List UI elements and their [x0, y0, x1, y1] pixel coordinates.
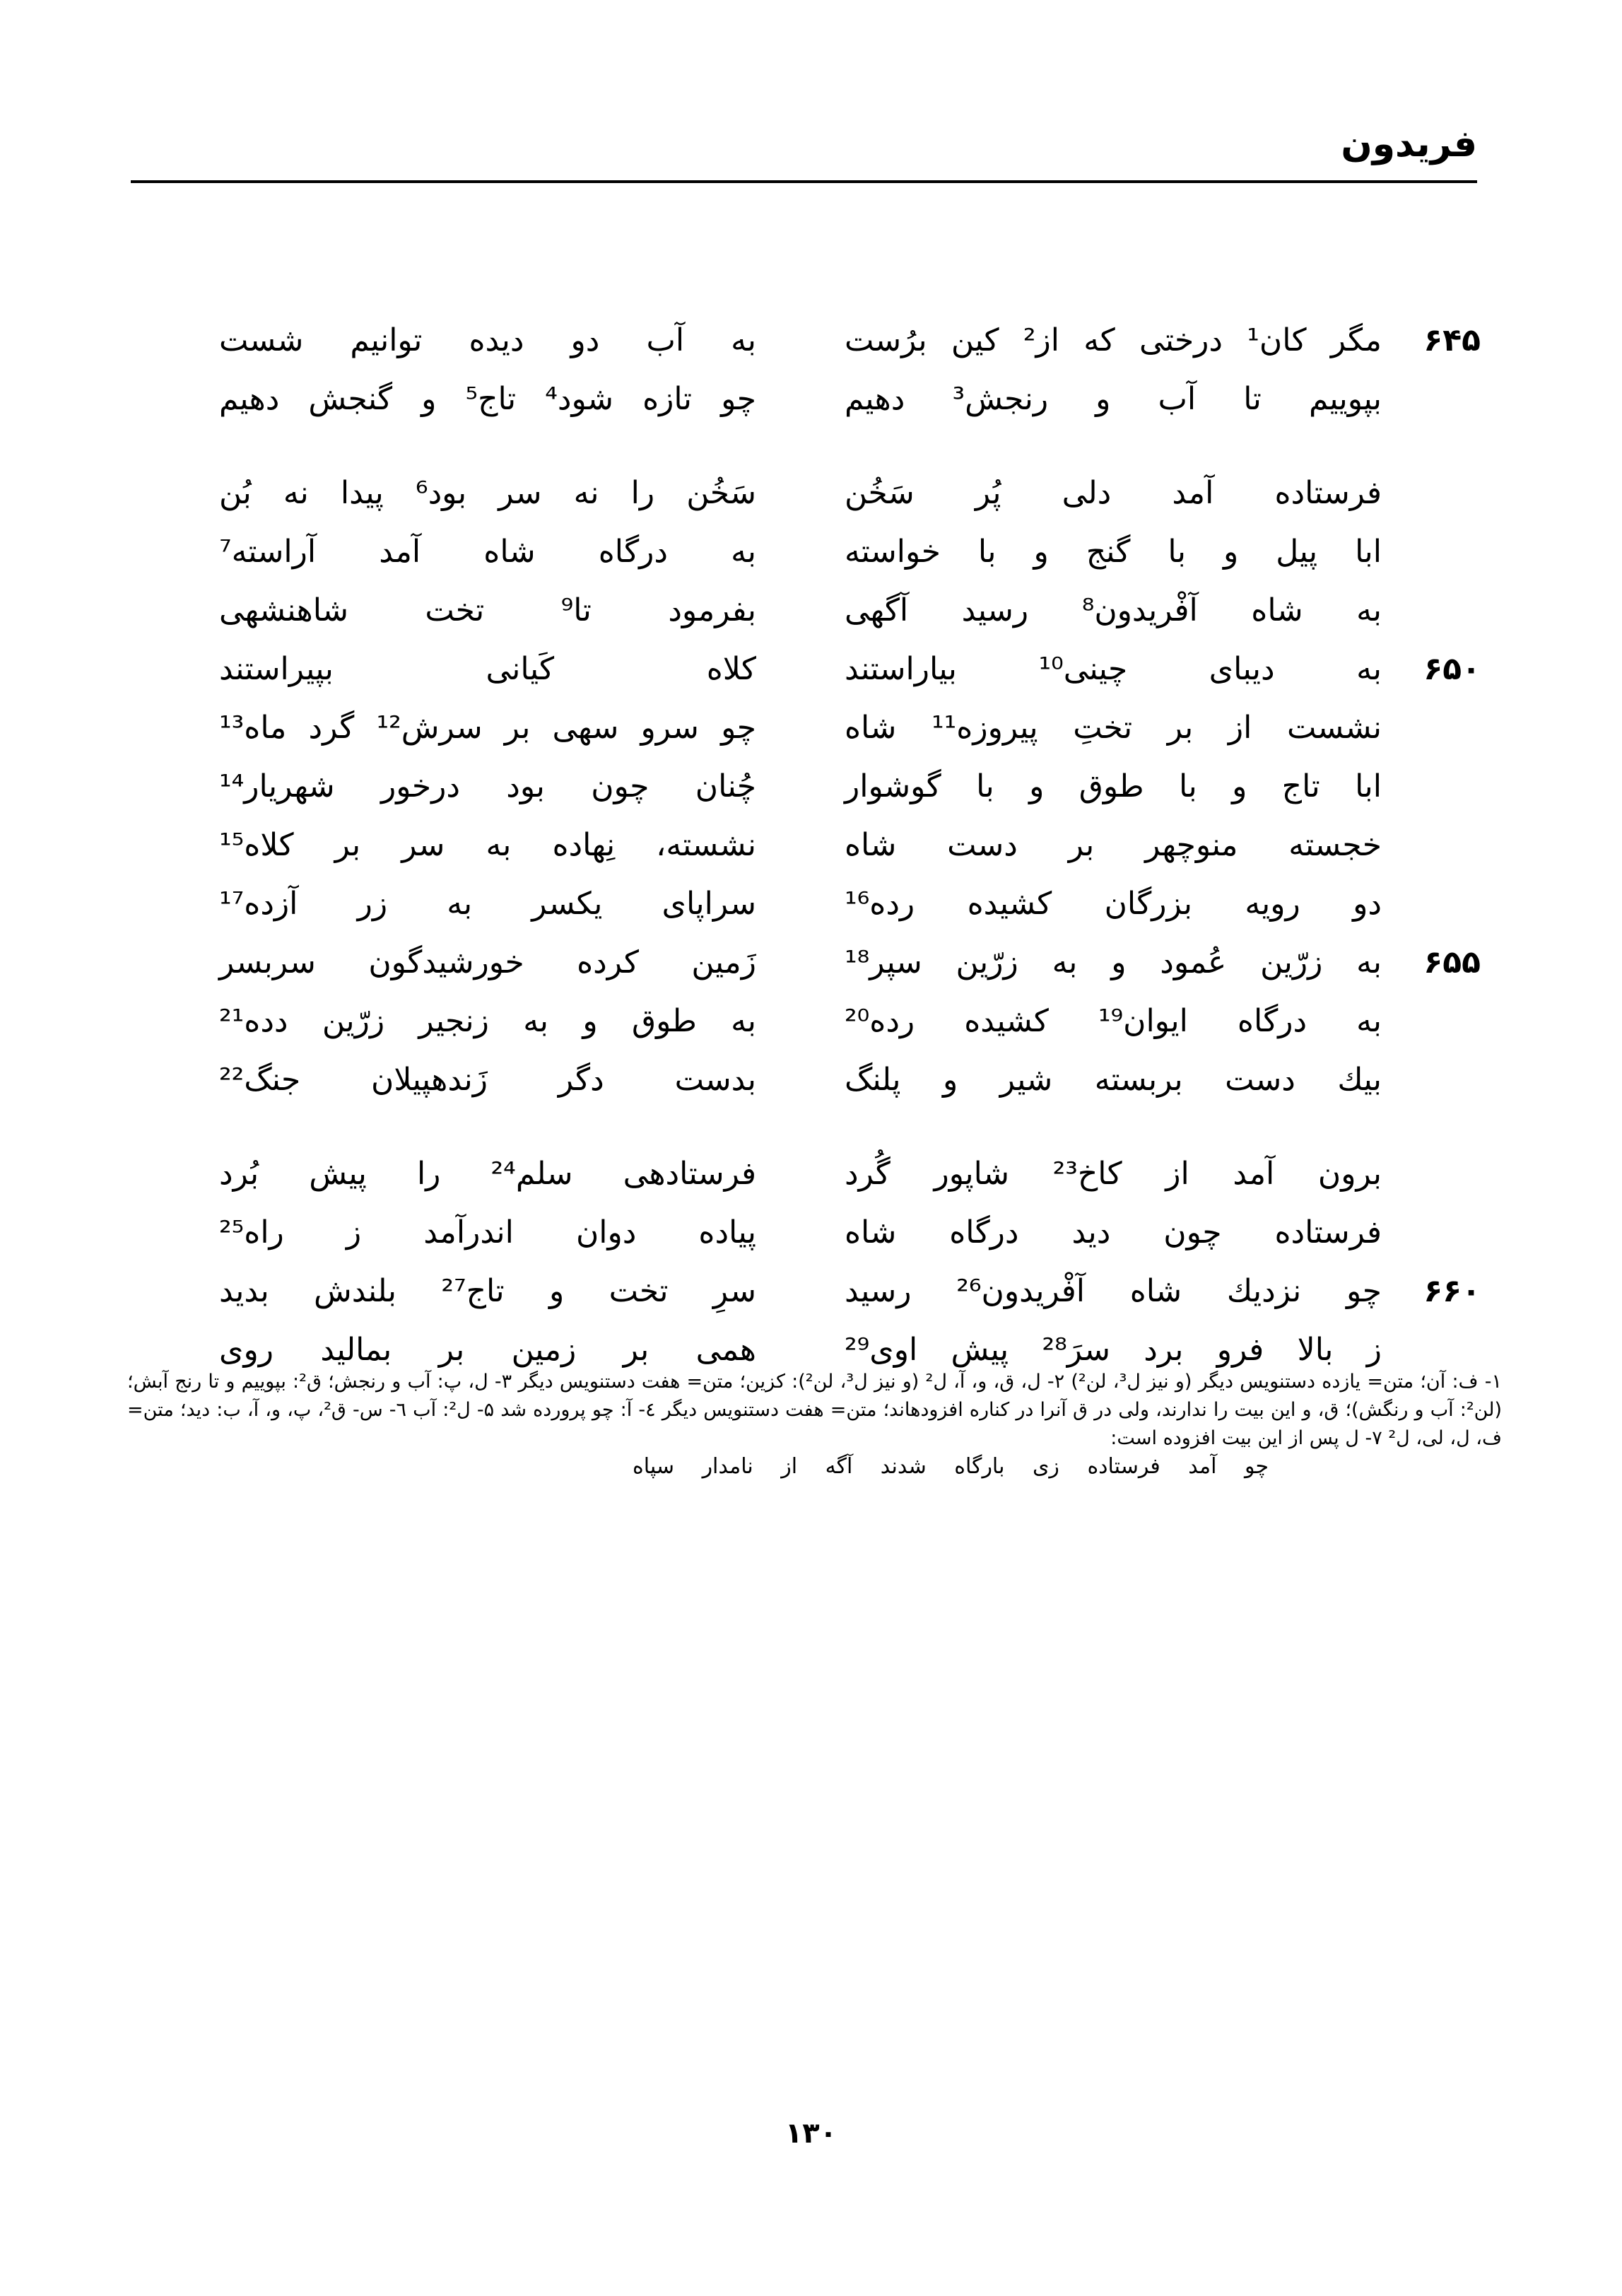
hemistich-text: فرستاده آمد دلی پُر سَخُن	[845, 464, 1382, 522]
header-divider	[131, 180, 1477, 183]
hemistich-text: ابا پیل و با گنج و با خواسته	[845, 522, 1382, 581]
verse-line: بپوییم تا آب و رنجش³ دهیم	[845, 370, 1481, 428]
hemistich-text: نشسته، نِهاده به سر بر کلاه¹⁵	[219, 816, 756, 874]
verse-number: ۶۵۰	[1423, 640, 1481, 698]
hemistich-text: سراپای یکسر به زر آزده¹⁷	[219, 874, 756, 933]
right-hemistich-column: ۶۴۵مگر کان¹ درختی که از² کین برُستبپوییم…	[845, 311, 1481, 1379]
verse-line: فرستاده آمد دلی پُر سَخُن	[845, 464, 1481, 522]
hemistich-text: دو رویه بزرگان کشیده رده¹⁶	[845, 874, 1382, 933]
verse-line: فرستاده چون دید درگاه شاه	[845, 1203, 1481, 1262]
hemistich-text: به زرّین عُمود و به زرّین سپر¹⁸	[845, 933, 1382, 992]
verse-line: چو تازه شود⁴ تاج⁵ و گنجش دهیم	[177, 370, 756, 428]
verse-line: پیاده دوان اندرآمد ز راه²⁵	[177, 1203, 756, 1262]
hemistich-text: بفرمود تا⁹ تخت شاهنشهی	[219, 581, 756, 640]
verse-line: به درگاه شاه آمد آراسته⁷	[177, 522, 756, 581]
verse-line: نشسته، نِهاده به سر بر کلاه¹⁵	[177, 816, 756, 874]
verse-line: بیك دست بربسته شیر و پلنگ	[845, 1050, 1481, 1109]
hemistich-text: به طوق و به زنجیر زرّین دده²¹	[219, 992, 756, 1050]
stanza-gap	[177, 428, 756, 464]
hemistich-text: بپوییم تا آب و رنجش³ دهیم	[845, 370, 1382, 428]
hemistich-text: بیك دست بربسته شیر و پلنگ	[845, 1050, 1382, 1109]
verse-line: به شاه آفْریدون⁸ رسید آگهی	[845, 581, 1481, 640]
footnotes-section: ۱- ف: آن؛ متن= یازده دستنویس دیگر (و نیز…	[127, 1368, 1502, 1481]
verse-line: ۶۵۰به دیبای چینی¹⁰ بیاراستند	[845, 640, 1481, 698]
hemistich-text: زَمین کرده خورشیدگون سربسر	[219, 933, 756, 992]
verse-line: سراپای یکسر به زر آزده¹⁷	[177, 874, 756, 933]
verse-line: برون آمد از کاخ²³ شاپور گُرد	[845, 1144, 1481, 1203]
verse-line: به طوق و به زنجیر زرّین دده²¹	[177, 992, 756, 1050]
verse-line: سَخُن را نه سر بود⁶ پیدا نه بُن	[177, 464, 756, 522]
hemistich-text: فرستادهی سلم²⁴ را پیش بُرد	[219, 1144, 756, 1203]
hemistich-text: بدست دگر زَندهپیلان جنگ²²	[219, 1050, 756, 1109]
verse-number: ۶۶۰	[1423, 1262, 1481, 1320]
hemistich-text: ابا تاج و با طوق و با گوشوار	[845, 757, 1382, 816]
left-hemistich-column: به آب دو دیده توانیم شستچو تازه شود⁴ تاج…	[177, 311, 756, 1379]
verse-columns: ۶۴۵مگر کان¹ درختی که از² کین برُستبپوییم…	[177, 311, 1481, 1287]
hemistich-text: فرستاده چون دید درگاه شاه	[845, 1203, 1382, 1262]
verse-line: به درگاه ایوان¹⁹ کشیده رده²⁰	[845, 992, 1481, 1050]
hemistich-text: برون آمد از کاخ²³ شاپور گُرد	[845, 1144, 1382, 1203]
hemistich-text: به شاه آفْریدون⁸ رسید آگهی	[845, 581, 1382, 640]
verse-line: بفرمود تا⁹ تخت شاهنشهی	[177, 581, 756, 640]
verse-number: ۶۵۵	[1423, 933, 1481, 992]
hemistich-text: چو سرو سهی بر سرش¹² گرد ماه¹³	[219, 698, 756, 757]
hemistich-text: به درگاه شاه آمد آراسته⁷	[219, 522, 756, 581]
hemistich-text: به آب دو دیده توانیم شست	[219, 311, 756, 370]
verse-line: چو سرو سهی بر سرش¹² گرد ماه¹³	[177, 698, 756, 757]
verse-line: ۶۶۰چو نزدیك شاه آفْریدون²⁶ رسید	[845, 1262, 1481, 1320]
verse-line: چُنان چون بود درخور شهریار¹⁴	[177, 757, 756, 816]
verse-line: به آب دو دیده توانیم شست	[177, 311, 756, 370]
page-header-title: فریدون	[1341, 126, 1477, 163]
verse-number: ۶۴۵	[1423, 311, 1481, 370]
hemistich-text: خجسته منوچهر بر دست شاه	[845, 816, 1382, 874]
verse-line: خجسته منوچهر بر دست شاه	[845, 816, 1481, 874]
hemistich-text: به درگاه ایوان¹⁹ کشیده رده²⁰	[845, 992, 1382, 1050]
hemistich-text: به دیبای چینی¹⁰ بیاراستند	[845, 640, 1382, 698]
page-number: ۱۳۰	[0, 2117, 1622, 2150]
hemistich-text: چُنان چون بود درخور شهریار¹⁴	[219, 757, 756, 816]
verse-line: ۶۴۵مگر کان¹ درختی که از² کین برُست	[845, 311, 1481, 370]
verse-line: ابا پیل و با گنج و با خواسته	[845, 522, 1481, 581]
hemistich-text: نشست از بر تختِ پیروزه¹¹ شاه	[845, 698, 1382, 757]
stanza-gap	[845, 428, 1481, 464]
hemistich-text: سرِ تخت و تاج²⁷ بلندش بدید	[219, 1262, 756, 1320]
footnote-quoted-verse: چو آمد فرستاده زی بارگاه شدند آگه از نام…	[633, 1453, 1502, 1481]
stanza-gap	[845, 1109, 1481, 1144]
hemistich-text: چو نزدیك شاه آفْریدون²⁶ رسید	[845, 1262, 1382, 1320]
verse-line: فرستادهی سلم²⁴ را پیش بُرد	[177, 1144, 756, 1203]
verse-line: دو رویه بزرگان کشیده رده¹⁶	[845, 874, 1481, 933]
footnote-block-1: ۱- ف: آن؛ متن= یازده دستنویس دیگر (و نیز…	[127, 1368, 1502, 1453]
hemistich-text: مگر کان¹ درختی که از² کین برُست	[845, 311, 1382, 370]
stanza-gap	[177, 1109, 756, 1144]
verse-line: کلاه کَیانی بپیراستند	[177, 640, 756, 698]
verse-line: نشست از بر تختِ پیروزه¹¹ شاه	[845, 698, 1481, 757]
verse-line: ابا تاج و با طوق و با گوشوار	[845, 757, 1481, 816]
verse-line: ۶۵۵به زرّین عُمود و به زرّین سپر¹⁸	[845, 933, 1481, 992]
hemistich-text: چو تازه شود⁴ تاج⁵ و گنجش دهیم	[219, 370, 756, 428]
verse-line: بدست دگر زَندهپیلان جنگ²²	[177, 1050, 756, 1109]
verse-line: زَمین کرده خورشیدگون سربسر	[177, 933, 756, 992]
hemistich-text: سَخُن را نه سر بود⁶ پیدا نه بُن	[219, 464, 756, 522]
hemistich-text: پیاده دوان اندرآمد ز راه²⁵	[219, 1203, 756, 1262]
verse-line: سرِ تخت و تاج²⁷ بلندش بدید	[177, 1262, 756, 1320]
hemistich-text: کلاه کَیانی بپیراستند	[219, 640, 756, 698]
